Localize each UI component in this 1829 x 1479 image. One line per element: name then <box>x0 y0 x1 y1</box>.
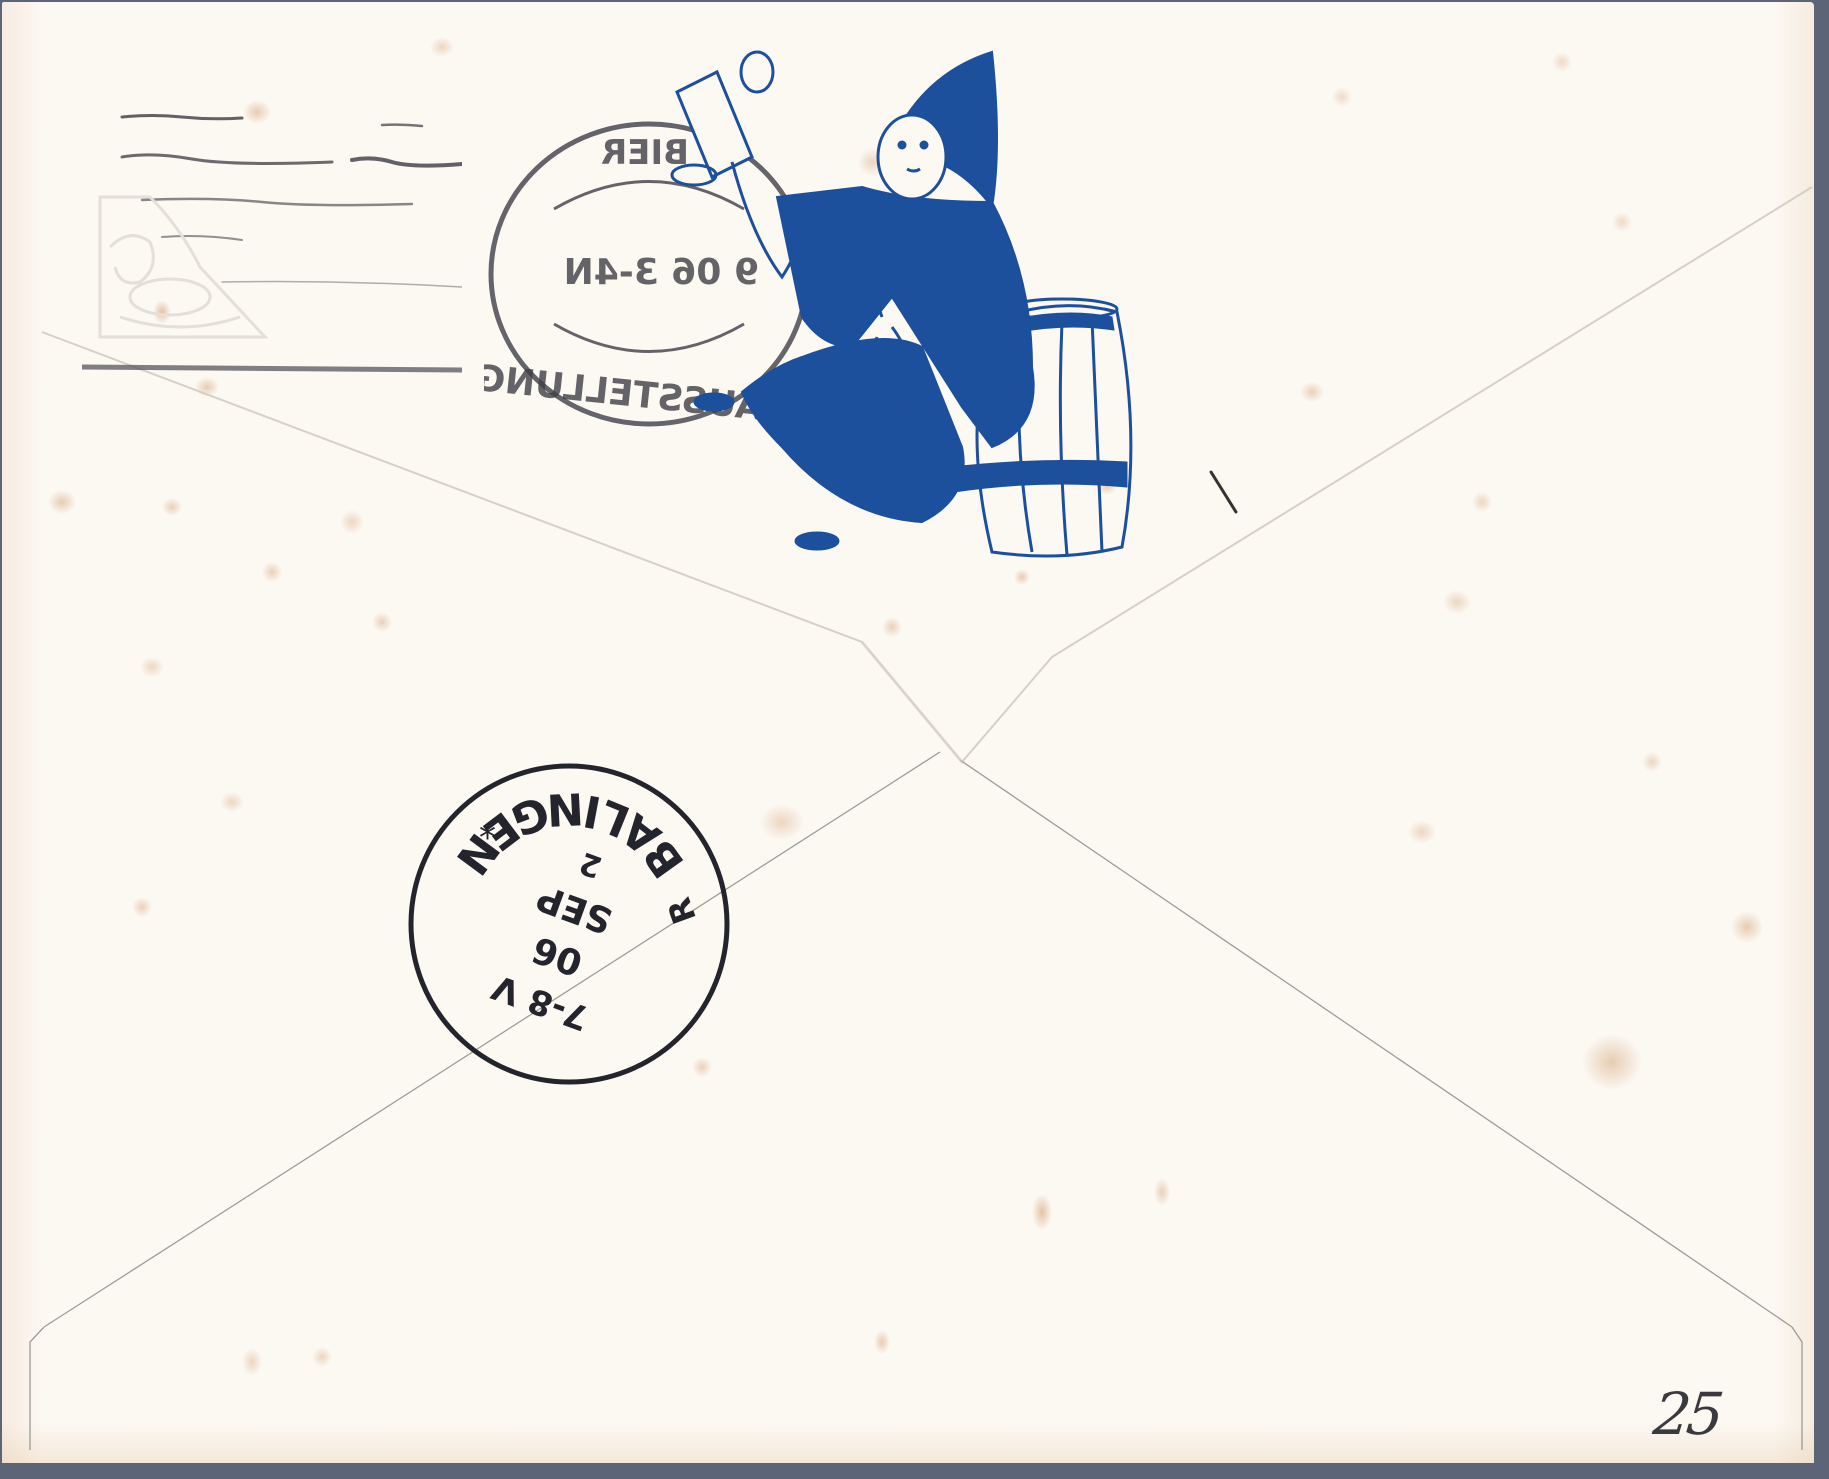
envelope-back: BIER 9 06 3-4N AUSSTELLUNG <box>2 2 1814 1463</box>
postmark-star-ornament: * <box>479 818 496 858</box>
munich-child-icon <box>662 47 1142 567</box>
handwritten-number: 25 <box>1650 1380 1723 1448</box>
embossed-stamp-icon <box>90 187 275 342</box>
postmark-year: 06 <box>527 928 588 984</box>
postmark-r-mark: R <box>660 893 704 929</box>
postmark-day: 2 <box>575 844 607 884</box>
arrival-postmark: BALINGEN 7-8 V 06 SEP 2 * R <box>397 757 742 1092</box>
postmark-time: 7-8 V <box>486 966 594 1038</box>
